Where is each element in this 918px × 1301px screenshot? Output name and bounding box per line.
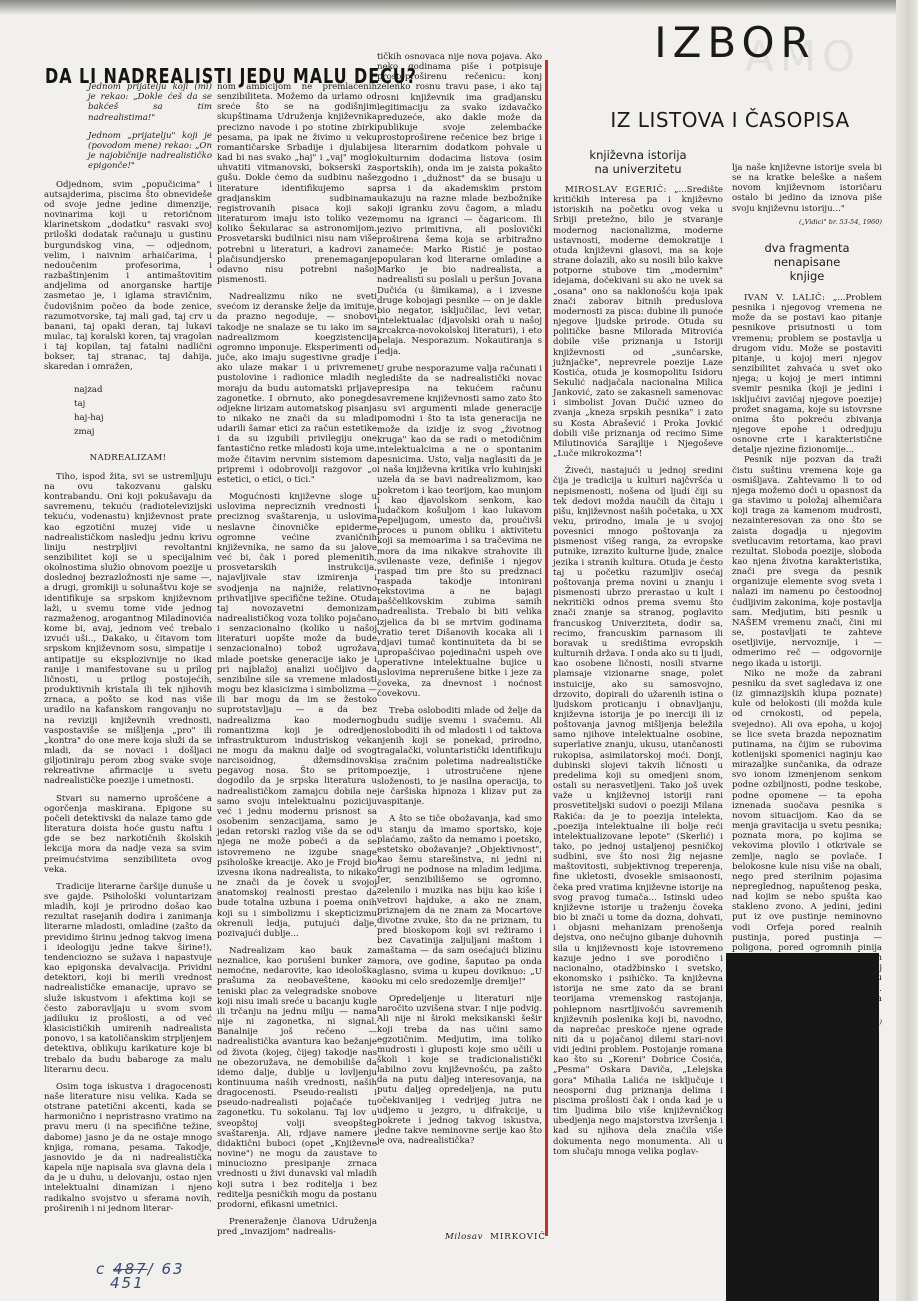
egeric-text: „...Središte kritičkih interesa pa i knj… <box>553 185 723 459</box>
izbor-title: IZBOR <box>620 18 850 67</box>
article-column-2: nom ambicijom ne premlaćenih senzibilite… <box>217 82 377 1244</box>
intro-paragraph: Odjednom, svim „popučicima" i autsajderi… <box>44 180 212 373</box>
note-line2: 451 <box>96 1276 185 1290</box>
izbor-subtitle: IZ LISTOVA I ČASOPISA <box>570 108 890 132</box>
note-prefix: c <box>96 1260 106 1278</box>
author-surname: MIRKOVIĆ <box>490 1232 546 1242</box>
black-image-block <box>726 953 879 1301</box>
section2-heading-line1: dva fragmenta nenapisane <box>732 241 882 269</box>
egeric-paragraph: Živeći, nastajući u jednoj sredini čija … <box>553 466 723 1157</box>
page-top-shadow <box>0 0 918 14</box>
body-paragraph: Stvari su namerno uprošćene a ogorčenja … <box>44 794 212 875</box>
red-divider-rule <box>545 60 548 1236</box>
body-paragraph: Nadrealizam kao bauk za neznalice, kao p… <box>217 946 377 1210</box>
egeric-continuation: lja naše književne istorije svela bi se … <box>732 163 882 214</box>
body-paragraph: Osim toga iskustva i dragocenosti naše l… <box>44 1082 212 1214</box>
section1-heading-line2: na univerzitetu <box>553 162 723 176</box>
poem-line: haj-haj <box>74 411 212 425</box>
izbor-column-1: književna istorija na univerzitetu MIROS… <box>553 148 723 1164</box>
epigraph-1: Jednom prijatelju koji (mi) je rekao: „D… <box>44 82 212 123</box>
egeric-paragraph: MIROSLAV EGERIĆ: „...Središte kritičkih … <box>553 185 723 459</box>
section2-heading-line2: knjige <box>732 269 882 283</box>
body-paragraph: Opredeljenje u literaturi nije naročito … <box>377 994 542 1146</box>
article-column-1: Jednom prijatelju koji (mi) je rekao: „D… <box>44 82 212 1221</box>
source-vidici: („Vidici" br. 53-54, 1960) <box>732 217 882 227</box>
body-paragraph: Nadrealizmu niko ne sveti svećom iz dera… <box>217 292 377 485</box>
body-paragraph: Mogućnosti književne sloge u uslovima ne… <box>217 492 377 939</box>
author-first-name: Milosav <box>445 1232 483 1242</box>
article-column-3: tičkih osnovaca nije nova pojava. Ako ne… <box>377 52 542 1153</box>
section1-heading: književna istorija na univerzitetu <box>553 148 723 176</box>
body-paragraph: Preneraženje članova Udruženja pred „inv… <box>217 1217 377 1237</box>
section1-heading-line1: književna istorija <box>553 148 723 162</box>
author-egeric: MIROSLAV EGERIĆ: <box>565 185 667 195</box>
body-paragraph: Treba osloboditi mlade od želje da budu … <box>377 706 542 808</box>
body-paragraph: Tradicije literarne čaršije dunuše u sve… <box>44 882 212 1075</box>
lalic-paragraph: Pesnik nije pozvan da traži čistu suštin… <box>732 455 882 668</box>
handwritten-archive-note: c 487/ 63 451 <box>96 1262 185 1290</box>
body-paragraph: nom ambicijom ne premlaćenih senzibilite… <box>217 82 377 285</box>
poem-line: zmaj <box>74 425 212 439</box>
body-paragraph: tičkih osnovaca nije nova pojava. Ako ne… <box>377 52 542 357</box>
body-paragraph: A što se tiče obožavanja, kad smo u stan… <box>377 814 542 987</box>
poem-line: najzad <box>74 383 212 397</box>
epigraph-2: Jednom „prijatelju" koji je (povodom men… <box>44 131 212 172</box>
note-number: / 63 <box>148 1260 185 1278</box>
lalic-text: „...Problem pesnika i njegovog vremena n… <box>732 293 882 455</box>
section-heading: NADREALIZAM! <box>44 453 212 463</box>
section2-heading: dva fragmenta nenapisane knjige <box>732 241 882 283</box>
body-paragraph: Tiho, ispod žita, svi se ustremljuju na … <box>44 472 212 787</box>
poem-line: taj <box>74 397 212 411</box>
lalic-paragraph: IVAN V. LALIĆ: „...Problem pesnika i nje… <box>732 293 882 456</box>
body-paragraph: U grube nesporazume valja računati i gle… <box>377 364 542 699</box>
page-right-edge <box>896 0 918 1301</box>
article-signature: MilosavMIRKOVIĆ <box>445 1232 546 1242</box>
izbor-column-2: lja naše književne istorije svela bi se … <box>732 163 882 1027</box>
poem: najzad taj haj-haj zmaj <box>44 383 212 439</box>
author-lalic: IVAN V. LALIĆ: <box>744 293 825 303</box>
